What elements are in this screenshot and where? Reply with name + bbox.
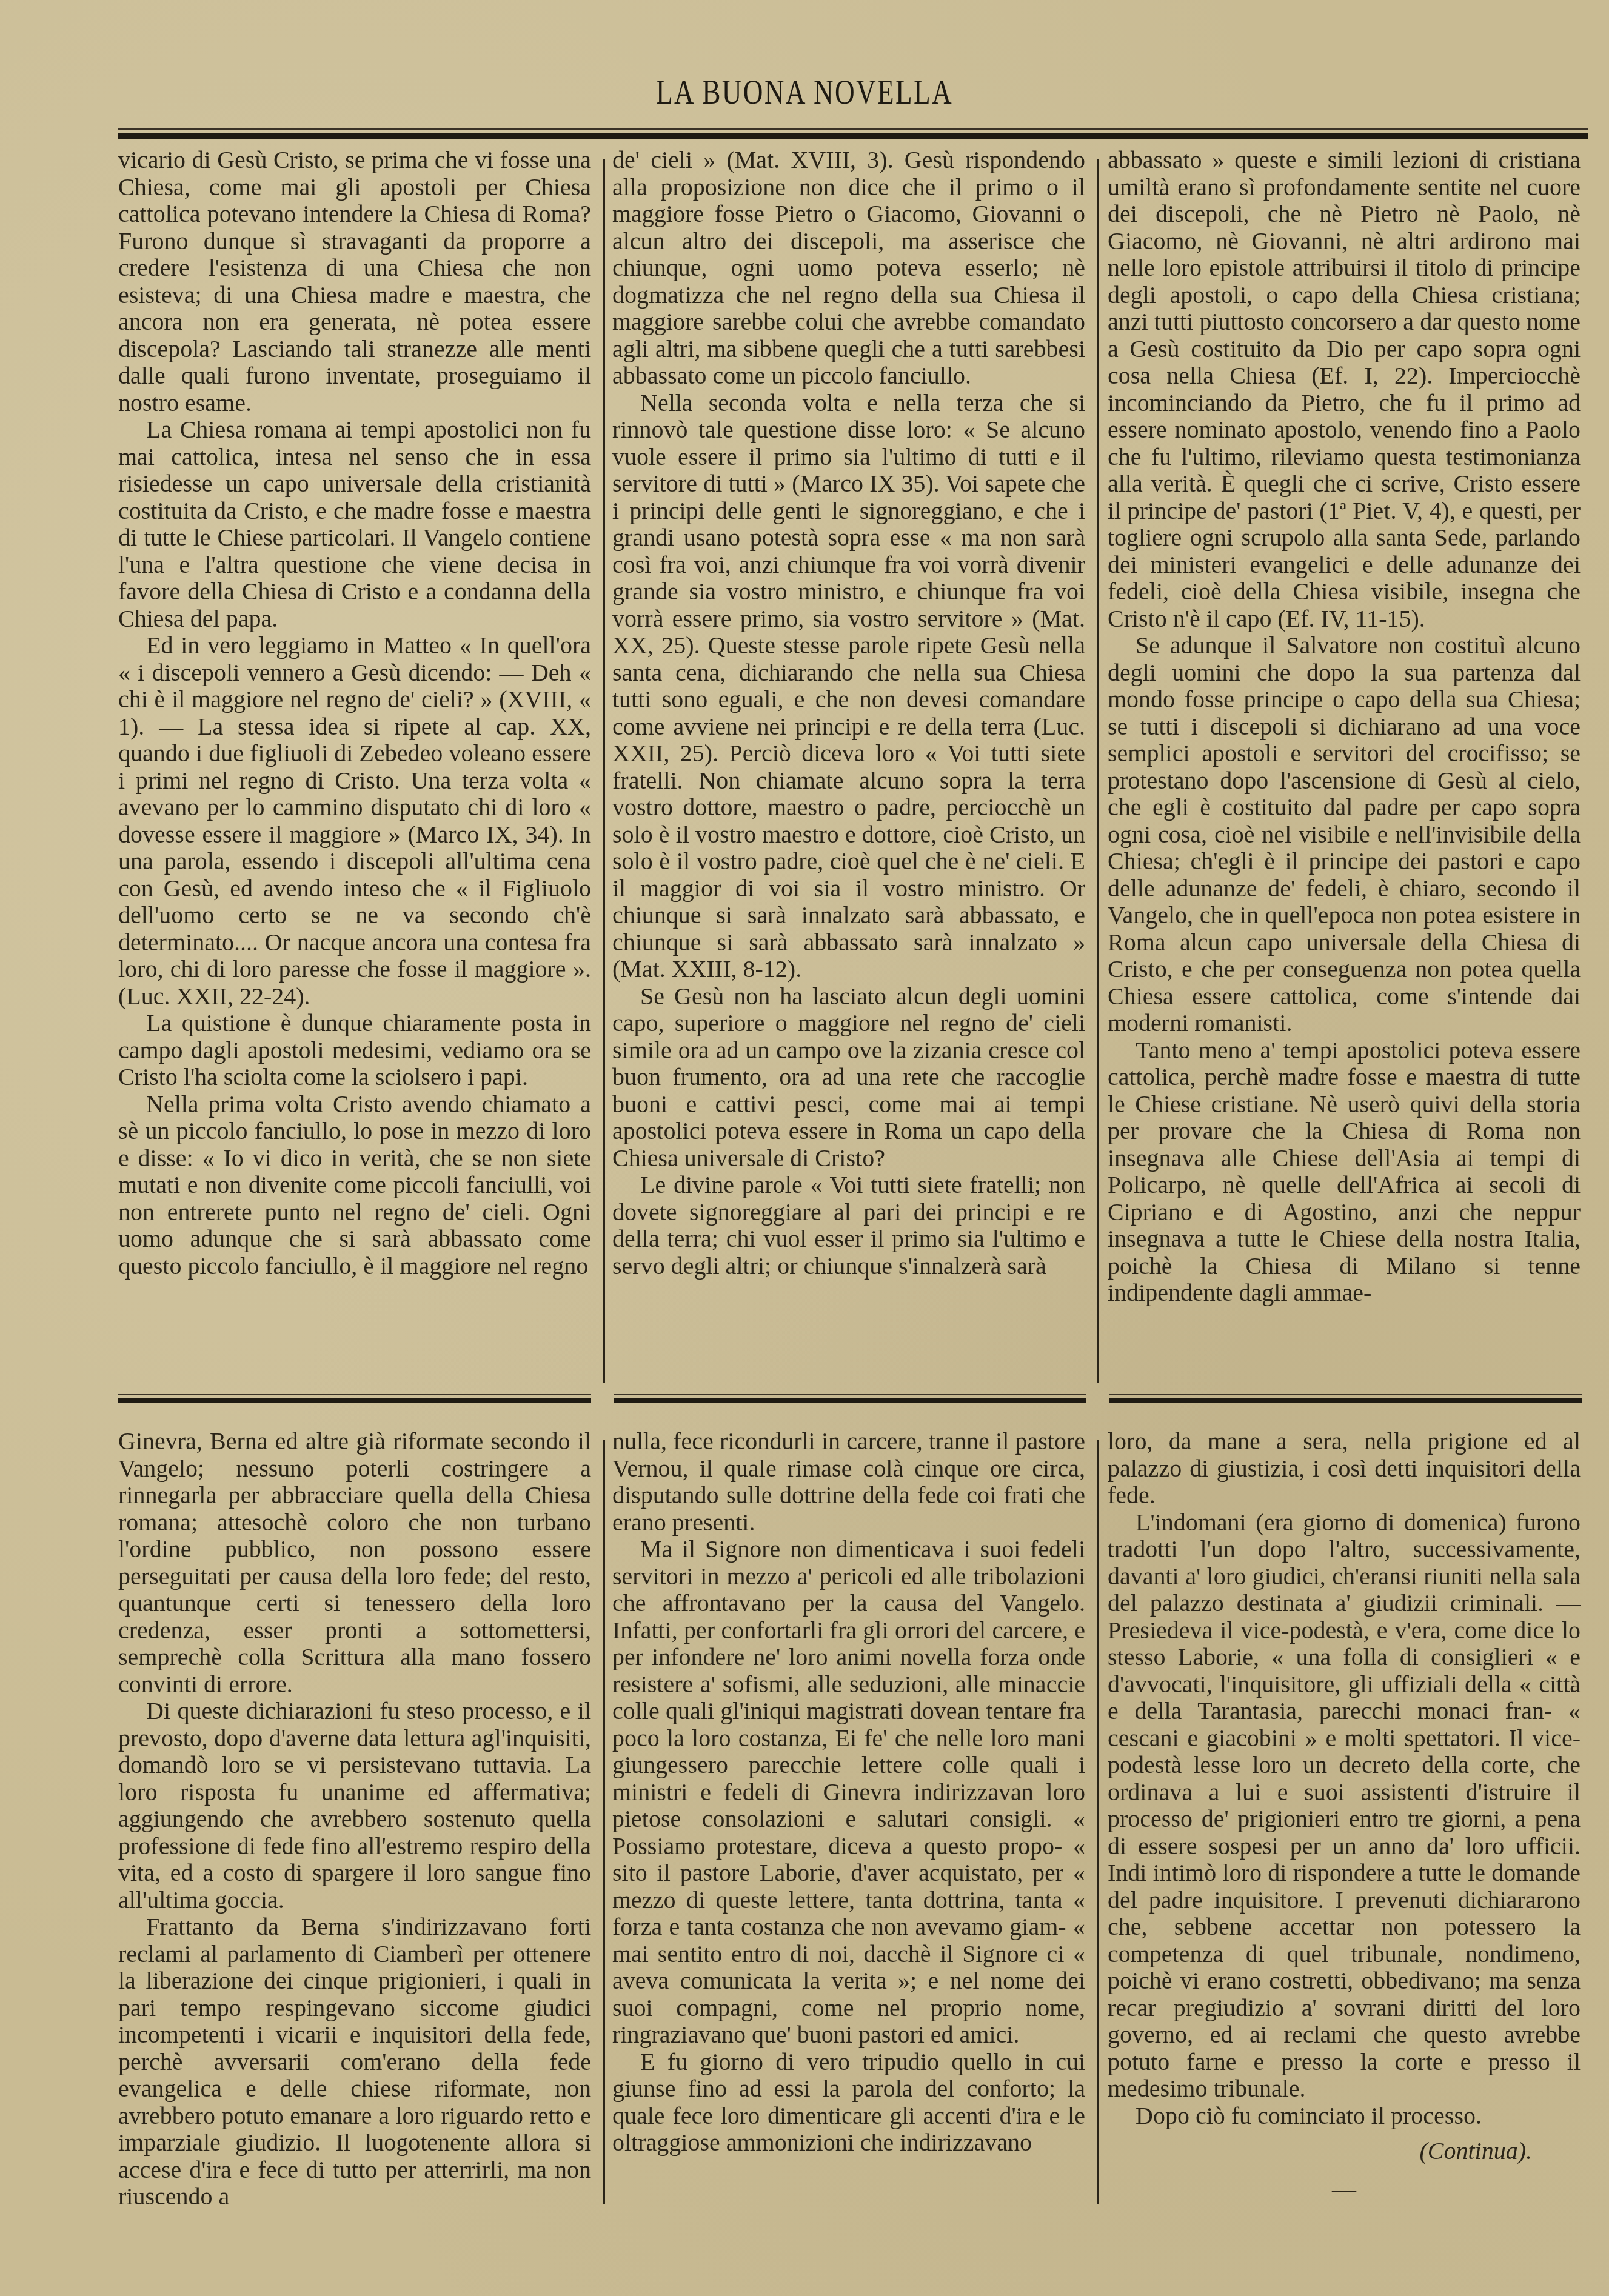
lower-column-3: loro, da mane a sera, nella prigione ed …: [1108, 1428, 1581, 2240]
paragraph: nulla, fece ricondurli in carcere, trann…: [612, 1428, 1085, 1536]
header-double-rule: [118, 128, 1588, 139]
paragraph: Le divine parole « Voi tutti siete frate…: [612, 1172, 1085, 1280]
paragraph: Frattanto da Berna s'indirizzavano forti…: [118, 1914, 591, 2211]
lower-article-section: Ginevra, Berna ed altre già riformate se…: [118, 1428, 1588, 2240]
column-divider: [603, 159, 605, 1383]
paragraph: Nella prima volta Cristo avendo chiamato…: [118, 1091, 591, 1280]
paragraph: de' cieli » (Mat. XVIII, 3). Gesù rispon…: [612, 147, 1085, 390]
paragraph: Se Gesù non ha lasciato alcun degli uomi…: [612, 983, 1085, 1172]
paragraph: vicario di Gesù Cristo, se prima che vi …: [118, 147, 591, 416]
newspaper-masthead: LA BUONA NOVELLA: [177, 72, 1432, 112]
paragraph: Se adunque il Salvatore non costituì alc…: [1108, 632, 1581, 1037]
end-dash: —: [1108, 2176, 1581, 2203]
paragraph: La Chiesa romana ai tempi apostolici non…: [118, 416, 591, 632]
column-divider: [603, 1440, 605, 2204]
section-divider-rule: [614, 1394, 1086, 1404]
upper-column-2: de' cieli » (Mat. XVIII, 3). Gesù rispon…: [612, 147, 1085, 1383]
lower-column-1: Ginevra, Berna ed altre già riformate se…: [118, 1428, 591, 2240]
lower-column-2: nulla, fece ricondurli in carcere, trann…: [612, 1428, 1085, 2240]
column-divider: [1097, 1440, 1099, 2204]
paragraph: Di queste dichiarazioni fu steso process…: [118, 1698, 591, 1914]
paragraph: Ma il Signore non dimenticava i suoi fed…: [612, 1536, 1085, 2049]
paragraph: Ginevra, Berna ed altre già riformate se…: [118, 1428, 591, 1698]
paragraph: abbassato » queste e simili lezioni di c…: [1108, 147, 1581, 632]
section-divider-rule: [118, 1394, 591, 1404]
column-divider: [1097, 159, 1099, 1383]
upper-column-1: vicario di Gesù Cristo, se prima che vi …: [118, 147, 591, 1383]
section-divider-rule: [1109, 1394, 1582, 1404]
paragraph: Tanto meno a' tempi apostolici poteva es…: [1108, 1037, 1581, 1307]
paragraph: Dopo ciò fu cominciato il processo.: [1108, 2103, 1581, 2130]
paragraph: L'indomani (era giorno di domenica) furo…: [1108, 1509, 1581, 2103]
upper-article-section: vicario di Gesù Cristo, se prima che vi …: [118, 147, 1588, 1383]
paragraph: E fu giorno di vero tripudio quello in c…: [612, 2049, 1085, 2157]
paragraph: loro, da mane a sera, nella prigione ed …: [1108, 1428, 1581, 1509]
paragraph: Ed in vero leggiamo in Matteo « In quell…: [118, 632, 591, 1010]
continued-note: (Continua).: [1108, 2138, 1581, 2165]
upper-column-3: abbassato » queste e simili lezioni di c…: [1108, 147, 1581, 1383]
paragraph: La quistione è dunque chiaramente posta …: [118, 1010, 591, 1091]
paragraph: Nella seconda volta e nella terza che si…: [612, 390, 1085, 983]
